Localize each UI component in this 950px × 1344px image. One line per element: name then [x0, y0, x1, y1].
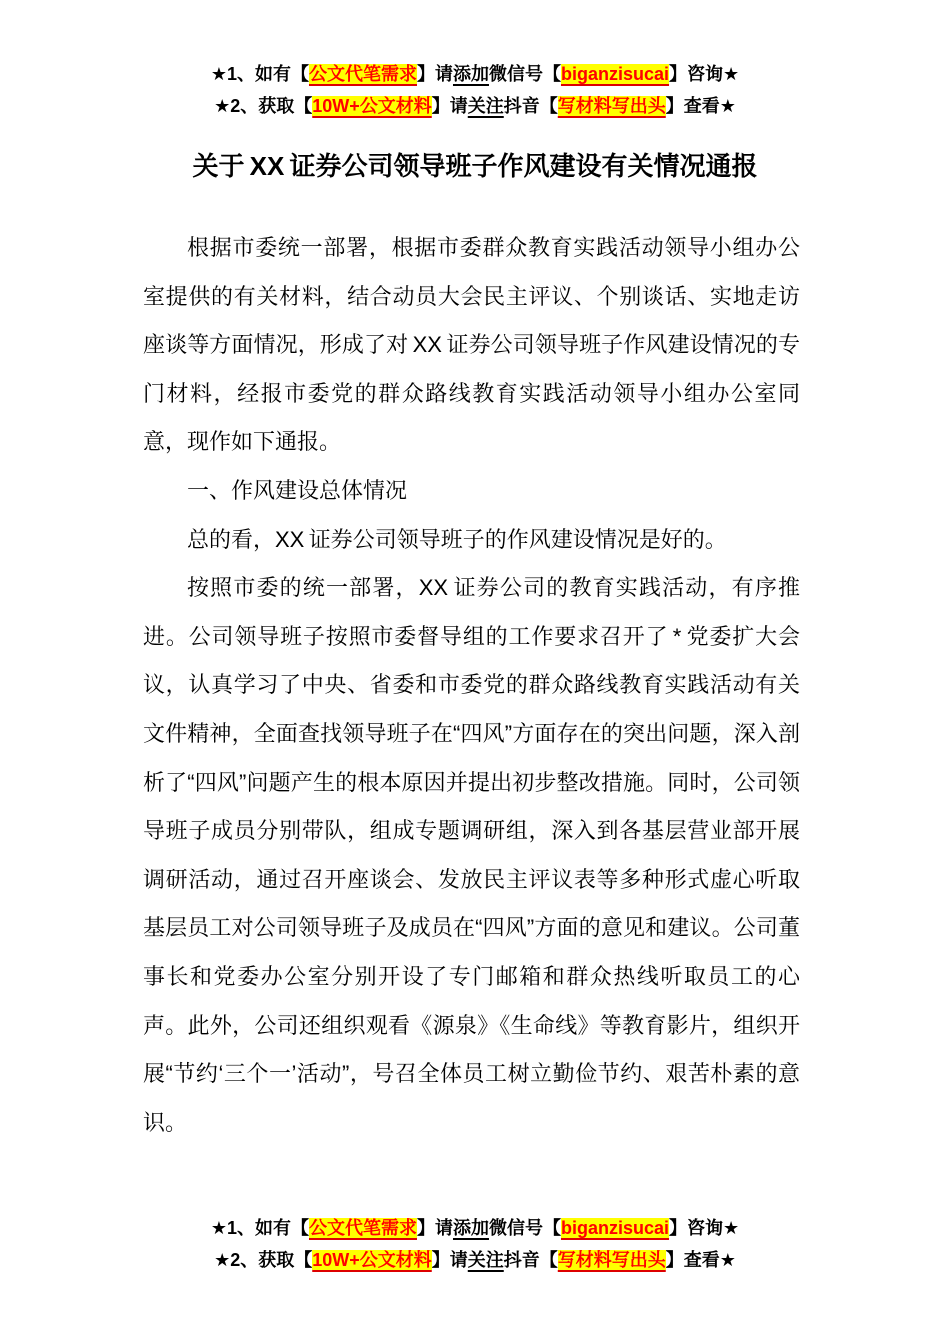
- promo-text: 】请: [432, 96, 468, 116]
- promo-text: 】查看★: [666, 1250, 736, 1270]
- promo-line-1: ★1、如有【公文代笔需求】请添加微信号【biganzisucai】咨询★: [0, 1212, 950, 1244]
- paragraph-intro: 根据市委统一部署，根据市委群众教育实践活动领导小组办公室提供的有关材料，结合动员…: [143, 224, 800, 467]
- promo-underlined-word: 关注: [468, 96, 504, 116]
- promo-text: ★1、如有【: [211, 1218, 309, 1238]
- promo-underlined-word: 添加: [453, 1218, 489, 1238]
- promo-text: 】咨询★: [669, 1218, 739, 1238]
- paragraph-detail: 按照市委的统一部署，XX 证券公司的教育实践活动，有序推进。公司领导班子按照市委…: [143, 564, 800, 1147]
- promo-header: ★1、如有【公文代笔需求】请添加微信号【biganzisucai】咨询★ ★2、…: [0, 58, 950, 122]
- document-body: 根据市委统一部署，根据市委群众教育实践活动领导小组办公室提供的有关材料，结合动员…: [143, 224, 800, 1147]
- promo-text: 微信号【: [489, 1218, 561, 1238]
- promo-line-1: ★1、如有【公文代笔需求】请添加微信号【biganzisucai】咨询★: [0, 58, 950, 90]
- promo-highlight: 10W+公文材料: [312, 96, 432, 116]
- promo-line-2: ★2、获取【10W+公文材料】请关注抖音【写材料写出头】查看★: [0, 90, 950, 122]
- promo-text: ★2、获取【: [214, 96, 312, 116]
- promo-highlight: 10W+公文材料: [312, 1250, 432, 1270]
- paragraph-summary: 总的看，XX 证券公司领导班子的作风建设情况是好的。: [143, 516, 800, 565]
- promo-text: ★2、获取【: [214, 1250, 312, 1270]
- promo-footer: ★1、如有【公文代笔需求】请添加微信号【biganzisucai】咨询★ ★2、…: [0, 1212, 950, 1276]
- promo-text: 】请: [417, 64, 453, 84]
- promo-line-2: ★2、获取【10W+公文材料】请关注抖音【写材料写出头】查看★: [0, 1244, 950, 1276]
- promo-highlight: 公文代笔需求: [309, 1218, 417, 1238]
- promo-text: 抖音【: [504, 96, 558, 116]
- section-heading-1: 一、作风建设总体情况: [143, 467, 800, 516]
- promo-text: ★1、如有【: [211, 64, 309, 84]
- document-page: ★1、如有【公文代笔需求】请添加微信号【biganzisucai】咨询★ ★2、…: [0, 0, 950, 1344]
- promo-text: 抖音【: [504, 1250, 558, 1270]
- promo-underlined-word: 添加: [453, 64, 489, 84]
- promo-highlight-douyin-name: 写材料写出头: [558, 1250, 666, 1270]
- promo-text: 】请: [432, 1250, 468, 1270]
- promo-highlight-wechat-id: biganzisucai: [561, 64, 669, 84]
- promo-underlined-word: 关注: [468, 1250, 504, 1270]
- promo-text: 微信号【: [489, 64, 561, 84]
- promo-text: 】查看★: [666, 96, 736, 116]
- promo-text: 】咨询★: [669, 64, 739, 84]
- promo-text: 】请: [417, 1218, 453, 1238]
- promo-highlight-douyin-name: 写材料写出头: [558, 96, 666, 116]
- promo-highlight-wechat-id: biganzisucai: [561, 1218, 669, 1238]
- promo-highlight: 公文代笔需求: [309, 64, 417, 84]
- document-title: 关于 XX 证券公司领导班子作风建设有关情况通报: [0, 148, 950, 184]
